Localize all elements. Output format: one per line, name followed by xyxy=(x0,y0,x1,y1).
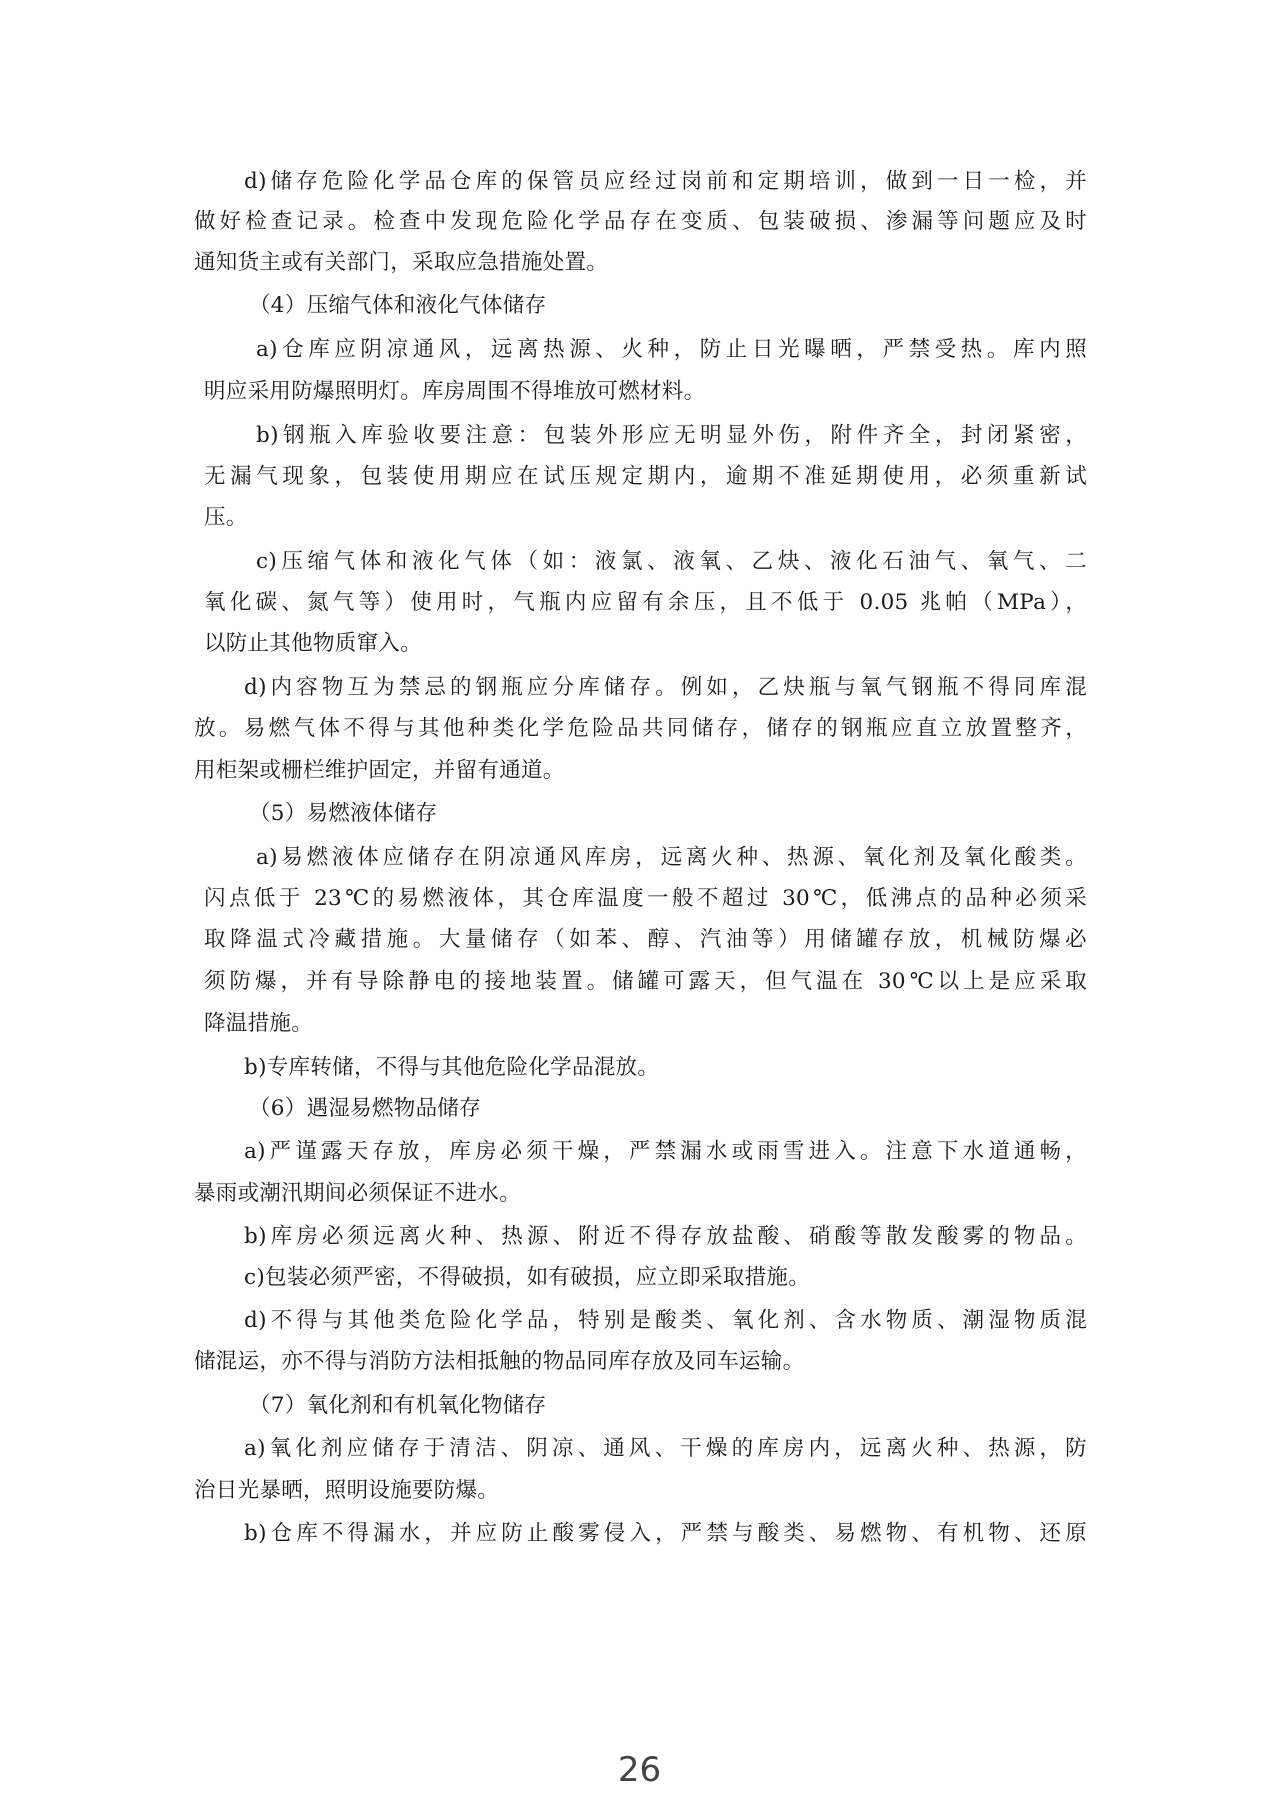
paragraph-line: 压。 xyxy=(204,498,248,538)
paragraph-line: 无漏气现象，包装使用期应在试压规定期内，逾期不准延期使用，必须重新试 xyxy=(204,457,1087,497)
page-number: 26 xyxy=(0,1750,1279,1790)
paragraph-line: a)仓库应阴凉通风，远离热源、火种，防止日光曝晒，严禁受热。库内照 xyxy=(256,330,1087,370)
paragraph-line: 放。易燃气体不得与其他种类化学危险品共同储存，储存的钢瓶应直立放置整齐， xyxy=(194,709,1087,749)
paragraph-line: 储混运，亦不得与消防方法相抵触的物品同库存放及同车运输。 xyxy=(194,1342,804,1382)
section-heading: （4）压缩气体和液化气体储存 xyxy=(249,286,546,326)
paragraph-line: 降温措施。 xyxy=(204,1004,313,1044)
paragraph-line: a)易燃液体应储存在阴凉通风库房，远离火种、热源、氧化剂及氧化酸类。 xyxy=(256,838,1087,878)
paragraph-line: 以防止其他物质窜入。 xyxy=(204,624,422,664)
paragraph-line: d)不得与其他类危险化学品，特别是酸类、氧化剂、含水物质、潮湿物质混 xyxy=(244,1301,1087,1341)
paragraph-line: 通知货主或有关部门，采取应急措施处置。 xyxy=(194,243,608,283)
section-heading: （6）遇湿易燃物品储存 xyxy=(249,1089,481,1129)
paragraph-line: 用柜架或栅栏维护固定，并留有通道。 xyxy=(194,751,565,791)
paragraph-line: 明应采用防爆照明灯。库房周围不得堆放可燃材料。 xyxy=(204,372,705,412)
paragraph-line: a)严谨露天存放，库房必须干燥，严禁漏水或雨雪进入。注意下水道通畅， xyxy=(244,1132,1087,1172)
paragraph-line: a)氧化剂应储存于清洁、阴凉、通风、干燥的库房内，远离火种、热源，防 xyxy=(244,1429,1087,1469)
paragraph-line: b)仓库不得漏水，并应防止酸雾侵入，严禁与酸类、易燃物、有机物、还原 xyxy=(244,1514,1087,1554)
paragraph-line: 氧化碳、氮气等）使用时，气瓶内应留有余压，且不低于 0.05 兆帕（MPa）， xyxy=(204,583,1087,623)
paragraph-line: d)内容物互为禁忌的钢瓶应分库储存。例如，乙炔瓶与氧气钢瓶不得同库混 xyxy=(244,668,1087,708)
paragraph-line: 取降温式冷藏措施。大量储存（如苯、醇、汽油等）用储罐存放，机械防爆必 xyxy=(204,920,1087,960)
paragraph-line: b)钢瓶入库验收要注意：包装外形应无明显外伤，附件齐全，封闭紧密， xyxy=(256,416,1087,456)
paragraph-line: b)库房必须远离火种、热源、附近不得存放盐酸、硝酸等散发酸雾的物品。 xyxy=(244,1217,1087,1257)
paragraph-line: 须防爆，并有导除静电的接地装置。储罐可露天，但气温在 30℃以上是应采取 xyxy=(204,962,1087,1002)
paragraph-line: 闪点低于 23℃的易燃液体，其仓库温度一般不超过 30℃，低沸点的品种必须采 xyxy=(204,879,1087,919)
section-heading: （7）氧化剂和有机氧化物储存 xyxy=(249,1386,546,1426)
paragraph-line: 暴雨或潮汛期间必须保证不进水。 xyxy=(194,1174,521,1214)
paragraph-line: c)包装必须严密，不得破损，如有破损，应立即采取措施。 xyxy=(244,1258,810,1298)
paragraph-line: b)专库转储，不得与其他危险化学品混放。 xyxy=(244,1048,659,1088)
paragraph-line: d)储存危险化学品仓库的保管员应经过岗前和定期培训，做到一日一检，并 xyxy=(244,162,1087,202)
section-heading: （5）易燃液体储存 xyxy=(249,794,437,834)
paragraph-line: c)压缩气体和液化气体（如：液氯、液氧、乙炔、液化石油气、氧气、二 xyxy=(256,542,1087,582)
paragraph-line: 治日光暴晒，照明设施要防爆。 xyxy=(194,1471,499,1511)
paragraph-line: 做好检查记录。检查中发现危险化学品存在变质、包装破损、渗漏等问题应及时 xyxy=(194,202,1087,242)
